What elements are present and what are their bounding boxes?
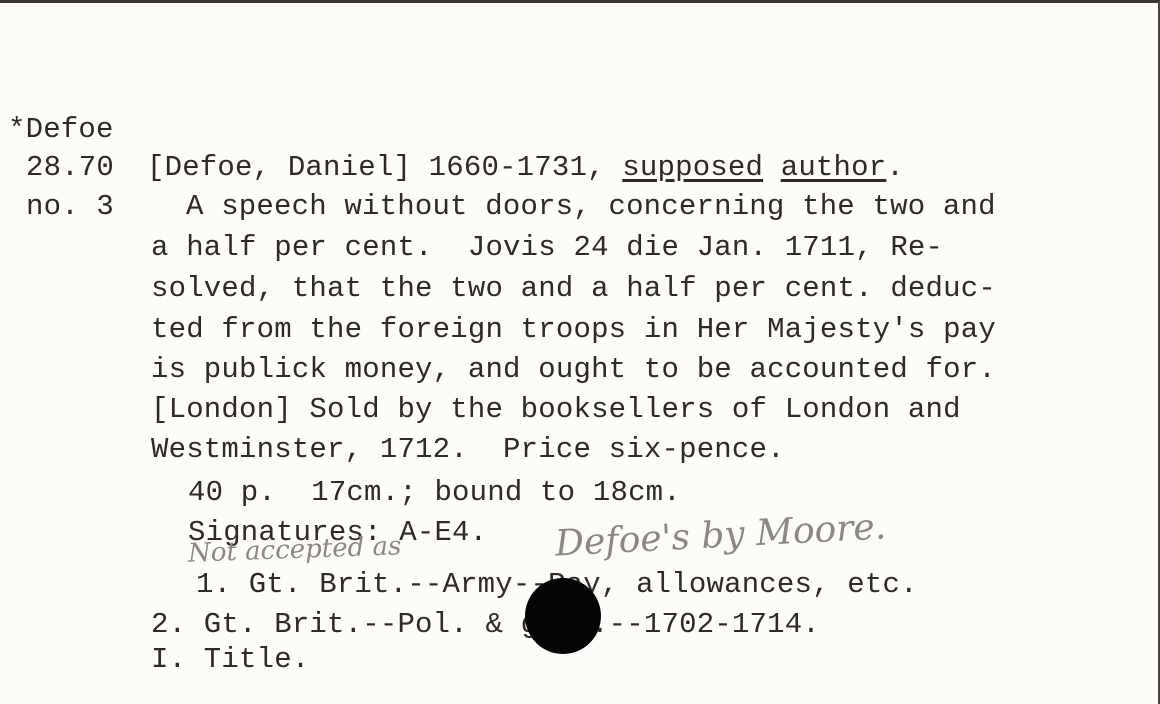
title-line-3: solved, that the two and a half per cent…: [151, 274, 996, 303]
title-line-5: is publick money, and ought to be accoun…: [151, 355, 996, 384]
collation: 40 p. 17cm.; bound to 18cm.: [188, 478, 681, 507]
call-number-line-2: 28.70: [26, 153, 114, 182]
heading-period: .: [886, 151, 904, 184]
handwritten-note-part-1: Not accepted as: [188, 533, 402, 566]
title-line-1: A speech without doors, concerning the t…: [186, 192, 996, 221]
call-number-line-3: no. 3: [26, 192, 114, 221]
tracing-subject-2: 2. Gt. Brit.--Pol. & govt.--1702-1714.: [151, 610, 820, 639]
title-line-4: ted from the foreign troops in Her Majes…: [151, 315, 996, 344]
punch-hole: [525, 578, 601, 654]
main-entry-heading: [Defoe, Daniel] 1660-1731, supposed auth…: [147, 153, 904, 182]
role-word-2: author: [781, 151, 887, 184]
call-number-line-1: *Defoe: [8, 115, 114, 144]
catalog-card: *Defoe 28.70 no. 3 [Defoe, Daniel] 1660-…: [0, 0, 1160, 704]
imprint-line-2: Westminster, 1712. Price six-pence.: [151, 435, 785, 464]
role-word-1: supposed: [622, 151, 763, 184]
tracing-title: I. Title.: [151, 645, 309, 674]
author-name: [Defoe, Daniel] 1660-1731,: [147, 151, 622, 184]
imprint-line-1: [London] Sold by the booksellers of Lond…: [151, 395, 961, 424]
title-line-2: a half per cent. Jovis 24 die Jan. 1711,…: [151, 233, 943, 262]
handwritten-note-part-2: Defoe's by Moore.: [554, 509, 887, 562]
